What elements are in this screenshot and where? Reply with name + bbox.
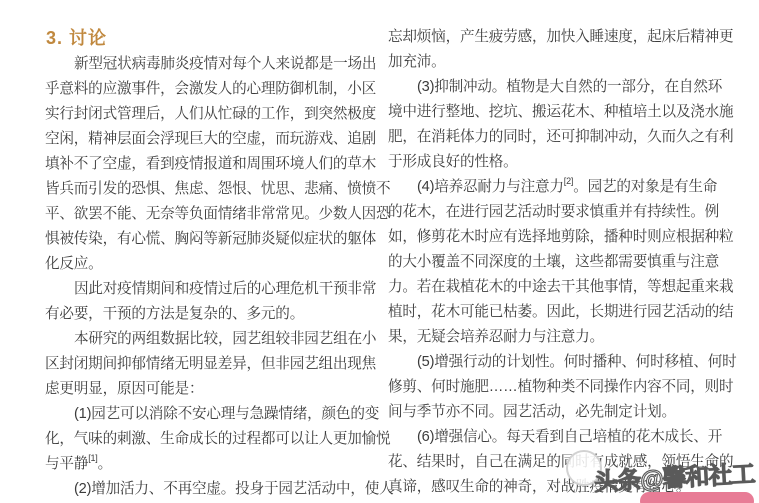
text-line: 平、欲罢不能、无奈等负面情绪非常常见。少数人因恐 — [45, 202, 377, 227]
citation-superscript: [1] — [88, 453, 97, 463]
text-line: 本研究的两组数据比较，园艺组较非园艺组在小 — [45, 327, 377, 352]
text-line: 区封闭期间抑郁情绪无明显差异，但非园艺组出现焦 — [45, 352, 377, 377]
text-line: 忘却烦恼，产生疲劳感，加快入睡速度，起床后精神更 — [388, 25, 748, 50]
text-line: 加充沛。 — [388, 50, 748, 75]
text-line: (6)增强信心。每天看到自己培植的花木成长、开 — [388, 425, 748, 450]
text-line: 境中进行整地、挖坑、搬运花木、种植培土以及浇水施 — [388, 100, 748, 125]
text-line: 于形成良好的性格。 — [388, 150, 748, 175]
citation-superscript: [2] — [564, 176, 573, 186]
text-line: 如，修剪花木时应有选择地剪除，播种时则应根据种粒 — [388, 225, 748, 250]
text-line: 皆兵而引发的恐惧、焦虑、怨恨、忧思、悲痛、愤愤不 — [45, 177, 377, 202]
text-line: 有必要，干预的方法是复杂的、多元的。 — [45, 302, 377, 327]
text-line: 间与季节亦不同。园艺活动，必先制定计划。 — [388, 400, 748, 425]
text-line: 空闲，精神层面会浮现巨大的空虚，而玩游戏、追剧 — [45, 127, 377, 152]
text-line: 化反应。 — [45, 252, 377, 277]
text-line: 的花木，在进行园艺活动时要求慎重并有持续性。例 — [388, 200, 748, 225]
text-line: 果，无疑会培养忍耐力与注意力。 — [388, 325, 748, 350]
text-line: 力。若在栽植花木的中途去干其他事情，等想起重来栽 — [388, 275, 748, 300]
text-line: 因此对疫情期间和疫情过后的心理危机干预非常 — [45, 277, 377, 302]
text-line: 乎意料的应激事件，会激发人的心理防御机制，小区 — [45, 77, 377, 102]
text-line: 植时，花木可能已枯萎。因此，长期进行园艺活动的结 — [388, 300, 748, 325]
text-line: 实行封闭式管理后，人们从忙碌的工作，到突然极度 — [45, 102, 377, 127]
section-heading: 3. 讨论 — [46, 24, 107, 50]
text-line: 填补不了空虚，看到疫情报道和周围环境人们的草木 — [45, 152, 377, 177]
text-line: (4)培养忍耐力与注意力[2]。园艺的对象是有生命 — [388, 175, 748, 200]
text-line: 与平静[1]。 — [45, 452, 377, 477]
watermark-ribbon — [640, 492, 754, 503]
text-line: 的大小覆盖不同深度的土壤，这些都需要慎重与注意 — [388, 250, 748, 275]
right-column: 忘却烦恼，产生疲劳感，加快入睡速度，起床后精神更加充沛。(3)抑制冲动。植物是大… — [388, 25, 748, 500]
left-column: 新型冠状病毒肺炎疫情对每个人来说都是一场出乎意料的应激事件，会激发人的心理防御机… — [45, 52, 377, 502]
text-line: (1)园艺可以消除不安心理与急躁情绪，颜色的变 — [45, 402, 377, 427]
text-line: 化，气味的刺激、生命成长的过程都可以让人更加愉悦 — [45, 427, 377, 452]
text-line: 修剪、何时施肥……植物种类不同操作内容不同，则时 — [388, 375, 748, 400]
text-line: 虑更明显，原因可能是： — [45, 377, 377, 402]
text-line: (3)抑制冲动。植物是大自然的一部分，在自然环 — [388, 75, 748, 100]
text-line: (2)增加活力、不再空虚。投身于园艺活动中，使人 — [45, 477, 377, 502]
text-line: 惧被传染，有心慌、胸闷等新冠肺炎疑似症状的躯体 — [45, 227, 377, 252]
text-line: 肥，在消耗体力的同时，还可抑制冲动，久而久之有利 — [388, 125, 748, 150]
text-line: (5)增强行动的计划性。何时播种、何时移植、何时 — [388, 350, 748, 375]
article-page: 3. 讨论 新型冠状病毒肺炎疫情对每个人来说都是一场出乎意料的应激事件，会激发人… — [0, 0, 759, 503]
text-line: 新型冠状病毒肺炎疫情对每个人来说都是一场出 — [45, 52, 377, 77]
